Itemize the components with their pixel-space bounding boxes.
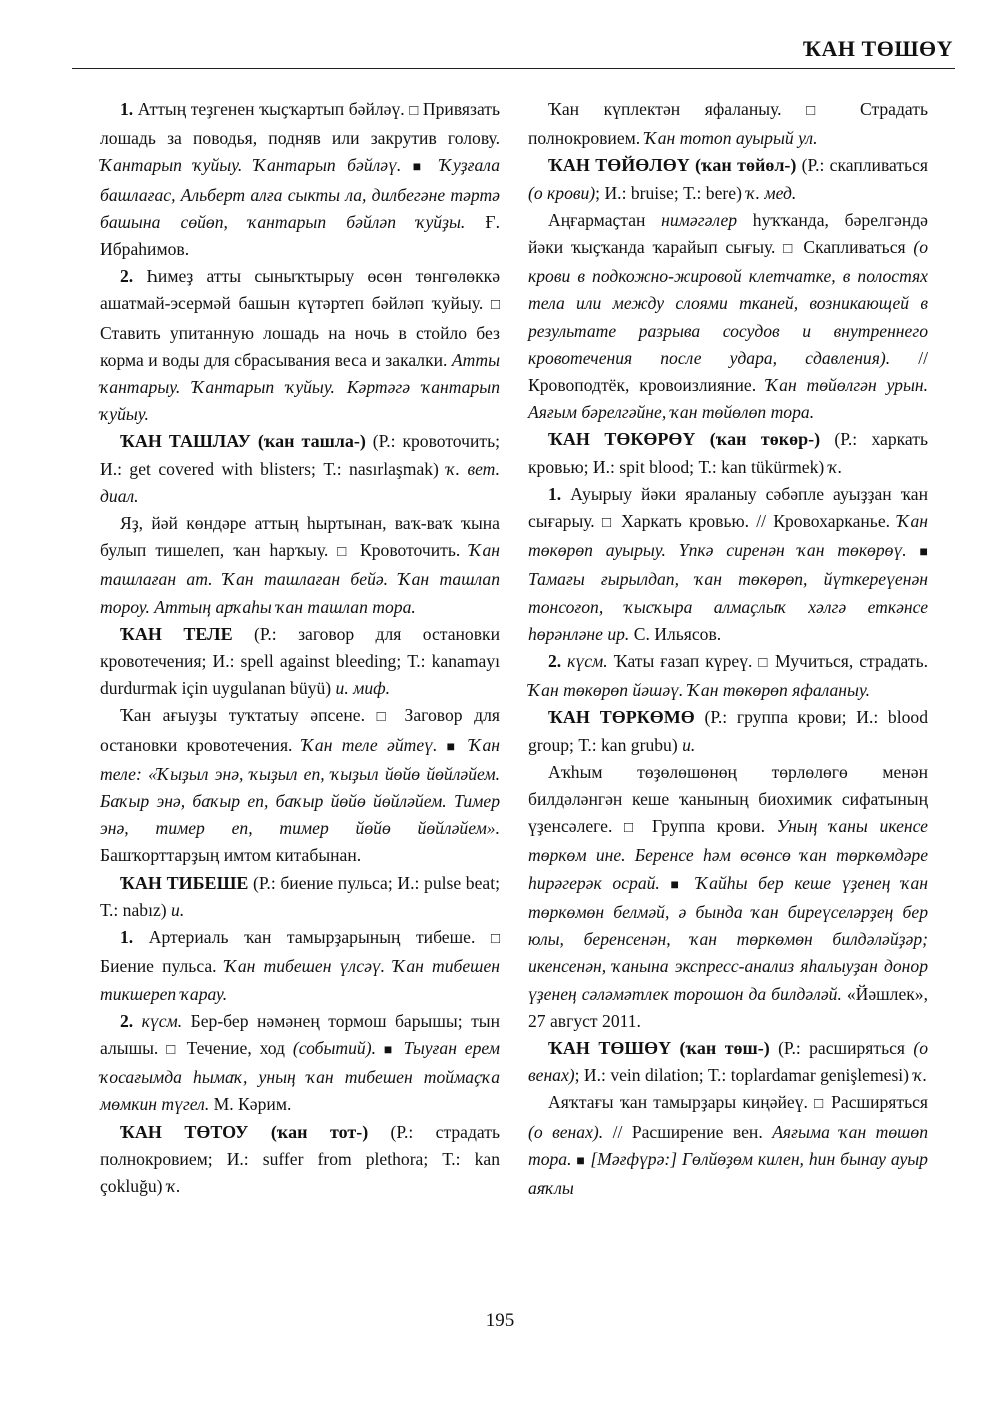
translation-marker-icon: □: [166, 1042, 179, 1058]
translation: Скапливаться: [796, 237, 914, 257]
entry-kan-totou: ҠАН ТӨТОУ (ҡан тот-) (Р.: страдать полно…: [100, 1119, 500, 1201]
example: Ҡантарып ҡуйыу. Ҡантарып бәйләү.: [100, 155, 413, 175]
sense-number: 1.: [548, 484, 561, 504]
note: (о венах).: [528, 1122, 603, 1142]
sense-number: 2.: [548, 651, 561, 671]
translation: // Расширение вен.: [603, 1122, 772, 1142]
example-marker-icon: ■: [447, 740, 460, 755]
headword: ҠАН ТИБЕШЕ: [120, 873, 248, 893]
grammar-label: и.: [171, 900, 184, 920]
translation: Харкать кровью. // Кровохарканье.: [614, 511, 897, 531]
left-column: 1. Аттың теҙгенен ҡыҫҡартып бәйләү. □ Пр…: [100, 96, 500, 1200]
translation-marker-icon: □: [377, 709, 393, 725]
sense-number: 1.: [120, 99, 133, 119]
grammar-label: ҡ.: [913, 1065, 927, 1085]
entry-kan-totou-definition: Ҡан күплектән яфаланыу. □ Страдать полно…: [528, 96, 928, 152]
entry-kan-tashlau: ҠАН ТАШЛАУ (ҡан ташла-) (Р.: кровоточить…: [100, 428, 500, 510]
headword: ҠАН ТАШЛАУ (ҡан ташла-): [120, 431, 366, 451]
translation: Течение, ход: [179, 1038, 293, 1058]
page-number: 195: [0, 1310, 1000, 1332]
translation: Группа крови.: [640, 816, 776, 836]
note: (о крови): [528, 183, 595, 203]
grammar-label: ҡ. мед.: [746, 183, 796, 203]
definition-italic: нимәгәлер: [661, 210, 737, 230]
translations: ; И.: bruise; Т.: bere): [595, 183, 746, 203]
example-marker-icon: ■: [671, 878, 686, 893]
entry-kan-tele-definition: Ҡан ағыуҙы туҡтатыу әпсене. □ Заговор дл…: [100, 702, 500, 869]
headword: ҠАН ТӨЙӨЛӨҮ (ҡан төйөл-): [548, 155, 796, 175]
headword: ҠАН ТЕЛЕ: [120, 624, 233, 644]
entry-kan-toyolou-definition: Аңғармаҫтан нимәгәлер һуҡҡанда, бәрелгән…: [528, 207, 928, 427]
definition: Ҡаты ғазап күреү.: [608, 651, 759, 671]
translations: ; И.: vein dilation; Т.: toplardamar gen…: [575, 1065, 914, 1085]
running-title: ҠАН ТӨШӨҮ: [803, 36, 953, 62]
entry-kan-toyolou: ҠАН ТӨЙӨЛӨҮ (ҡан төйөл-) (Р.: скапливать…: [528, 152, 928, 206]
definition: Ҡан ағыуҙы туҡтатыу әпсене.: [120, 705, 377, 725]
headword: ҠАН ТӨКӨРӨҮ (ҡан төкөр-): [548, 429, 820, 449]
grammar-label: ҡ.: [829, 457, 843, 477]
translations: (Р.: расширяться: [770, 1038, 914, 1058]
entry-kan-tele: ҠАН ТЕЛЕ (Р.: заговор для остановки кров…: [100, 621, 500, 703]
translation-marker-icon: □: [624, 820, 640, 836]
entry-kan-tibeshe-sense-1: 1. Артериаль ҡан тамырҙарының тибеше. □ …: [100, 924, 500, 1008]
example-marker-icon: ■: [384, 1043, 396, 1058]
translation-marker-icon: □: [806, 103, 835, 119]
quotation-source: Башҡорттарҙың имтом китабынан.: [100, 845, 361, 865]
sense-1: 1. Аттың теҙгенен ҡыҫҡартып бәйләү. □ Пр…: [100, 96, 500, 263]
translation: Кровоточить.: [351, 540, 469, 560]
definition: Һимеҙ атты сыныҡтырыу өсөн төнгөлөккә аш…: [100, 266, 500, 313]
translations: (Р.: скапливаться: [796, 155, 928, 175]
sense-2: 2. Һимеҙ атты сыныҡтырыу өсөн төнгөлөккә…: [100, 263, 500, 428]
headword: ҠАН ТӨРКӨМӨ: [548, 707, 695, 727]
translation-marker-icon: □: [491, 297, 500, 313]
grammar-label: күсм.: [133, 1011, 182, 1031]
quotation: Тамағы ғырылдап, ҡан төкөрөп, йүткереүен…: [528, 569, 928, 643]
translation-marker-icon: □: [814, 1096, 825, 1112]
note: (событий).: [293, 1038, 376, 1058]
headword: ҠАН ТӨШӨҮ (ҡан төш-): [548, 1038, 770, 1058]
translation: Биение пульса.: [100, 956, 225, 976]
grammar-label: и.: [682, 735, 695, 755]
headword: ҠАН ТӨТОУ (ҡан тот-): [120, 1122, 368, 1142]
translation-marker-icon: □: [409, 103, 418, 119]
entry-kan-toshou: ҠАН ТӨШӨҮ (ҡан төш-) (Р.: расширяться (о…: [528, 1035, 928, 1089]
entry-kan-toshou-definition: Аяҡтағы ҡан тамырҙары киңәйеү. □ Расширя…: [528, 1089, 928, 1202]
quotation-source: С. Ильясов.: [629, 624, 721, 644]
translation-marker-icon: □: [602, 515, 614, 531]
quotation: [Мәғфүрә:] Гөлйөҙөм килен, һин бынау ауы…: [528, 1149, 928, 1198]
definition: Аттың теҙгенен ҡыҫҡартып бәйләү.: [133, 99, 409, 119]
right-column: Ҡан күплектән яфаланыу. □ Страдать полно…: [528, 96, 928, 1202]
definition: Аяҡтағы ҡан тамырҙары киңәйеү.: [548, 1092, 814, 1112]
grammar-label: и. миф.: [336, 678, 391, 698]
definition: Артериаль ҡан тамырҙарының тибеше.: [133, 927, 491, 947]
definition: Ҡан күплектән яфаланыу.: [548, 99, 806, 119]
translation-marker-icon: □: [758, 655, 769, 671]
entry-kan-tibeshe: ҠАН ТИБЕШЕ (Р.: биение пульса; И.: pulse…: [100, 870, 500, 924]
entry-kan-tokorou-sense-1: 1. Ауырыу йәки яраланыу сәбәпле ауыҙҙан …: [528, 481, 928, 648]
entry-kan-tibeshe-sense-2: 2. күсм. Бер-бер нәмәнең тормош барышы; …: [100, 1008, 500, 1119]
entry-kan-torkomo-definition: Аҡһым төҙөлөшөнөң төрлөлөгө менән билдәл…: [528, 759, 928, 1035]
entry-kan-tokorou-sense-2: 2. күсм. Ҡаты ғазап күреү. □ Мучиться, с…: [528, 648, 928, 704]
example-marker-icon: ■: [920, 545, 928, 560]
grammar-label: күсм.: [561, 651, 607, 671]
grammar-label: ҡ.: [167, 1176, 181, 1196]
definition: Аңғармаҫтан: [548, 210, 661, 230]
example-marker-icon: ■: [413, 160, 429, 175]
translation: Расширяться: [825, 1092, 928, 1112]
translation-marker-icon: □: [783, 241, 795, 257]
sense-number: 2.: [120, 1011, 133, 1031]
entry-kan-torkomo: ҠАН ТӨРКӨМӨ (Р.: группа крови; И.: blood…: [528, 704, 928, 758]
translation-marker-icon: □: [491, 931, 500, 947]
translation: Ставить упитанную лошадь на ночь в стойл…: [100, 323, 500, 370]
example: Ҡан теле әйтеү.: [302, 735, 447, 755]
quotation-source: М. Кәрим.: [209, 1094, 291, 1114]
sense-number: 2.: [120, 266, 133, 286]
entry-kan-tashlau-definition: Яҙ, йәй көндәре аттың һыртынан, ваҡ-ваҡ …: [100, 510, 500, 621]
translation: Мучиться, страдать.: [769, 651, 928, 671]
sense-number: 1.: [120, 927, 133, 947]
translation-marker-icon: □: [337, 544, 351, 560]
entry-kan-tokorou: ҠАН ТӨКӨРӨҮ (ҡан төкөр-) (Р.: харкать кр…: [528, 426, 928, 480]
example: Ҡан тотоп ауырый ул.: [645, 128, 818, 148]
running-header: ҠАН ТӨШӨҮ: [72, 30, 955, 69]
example: Ҡан төкөрөп йәшәү. Ҡан төкөрөп яфаланыу.: [528, 680, 870, 700]
